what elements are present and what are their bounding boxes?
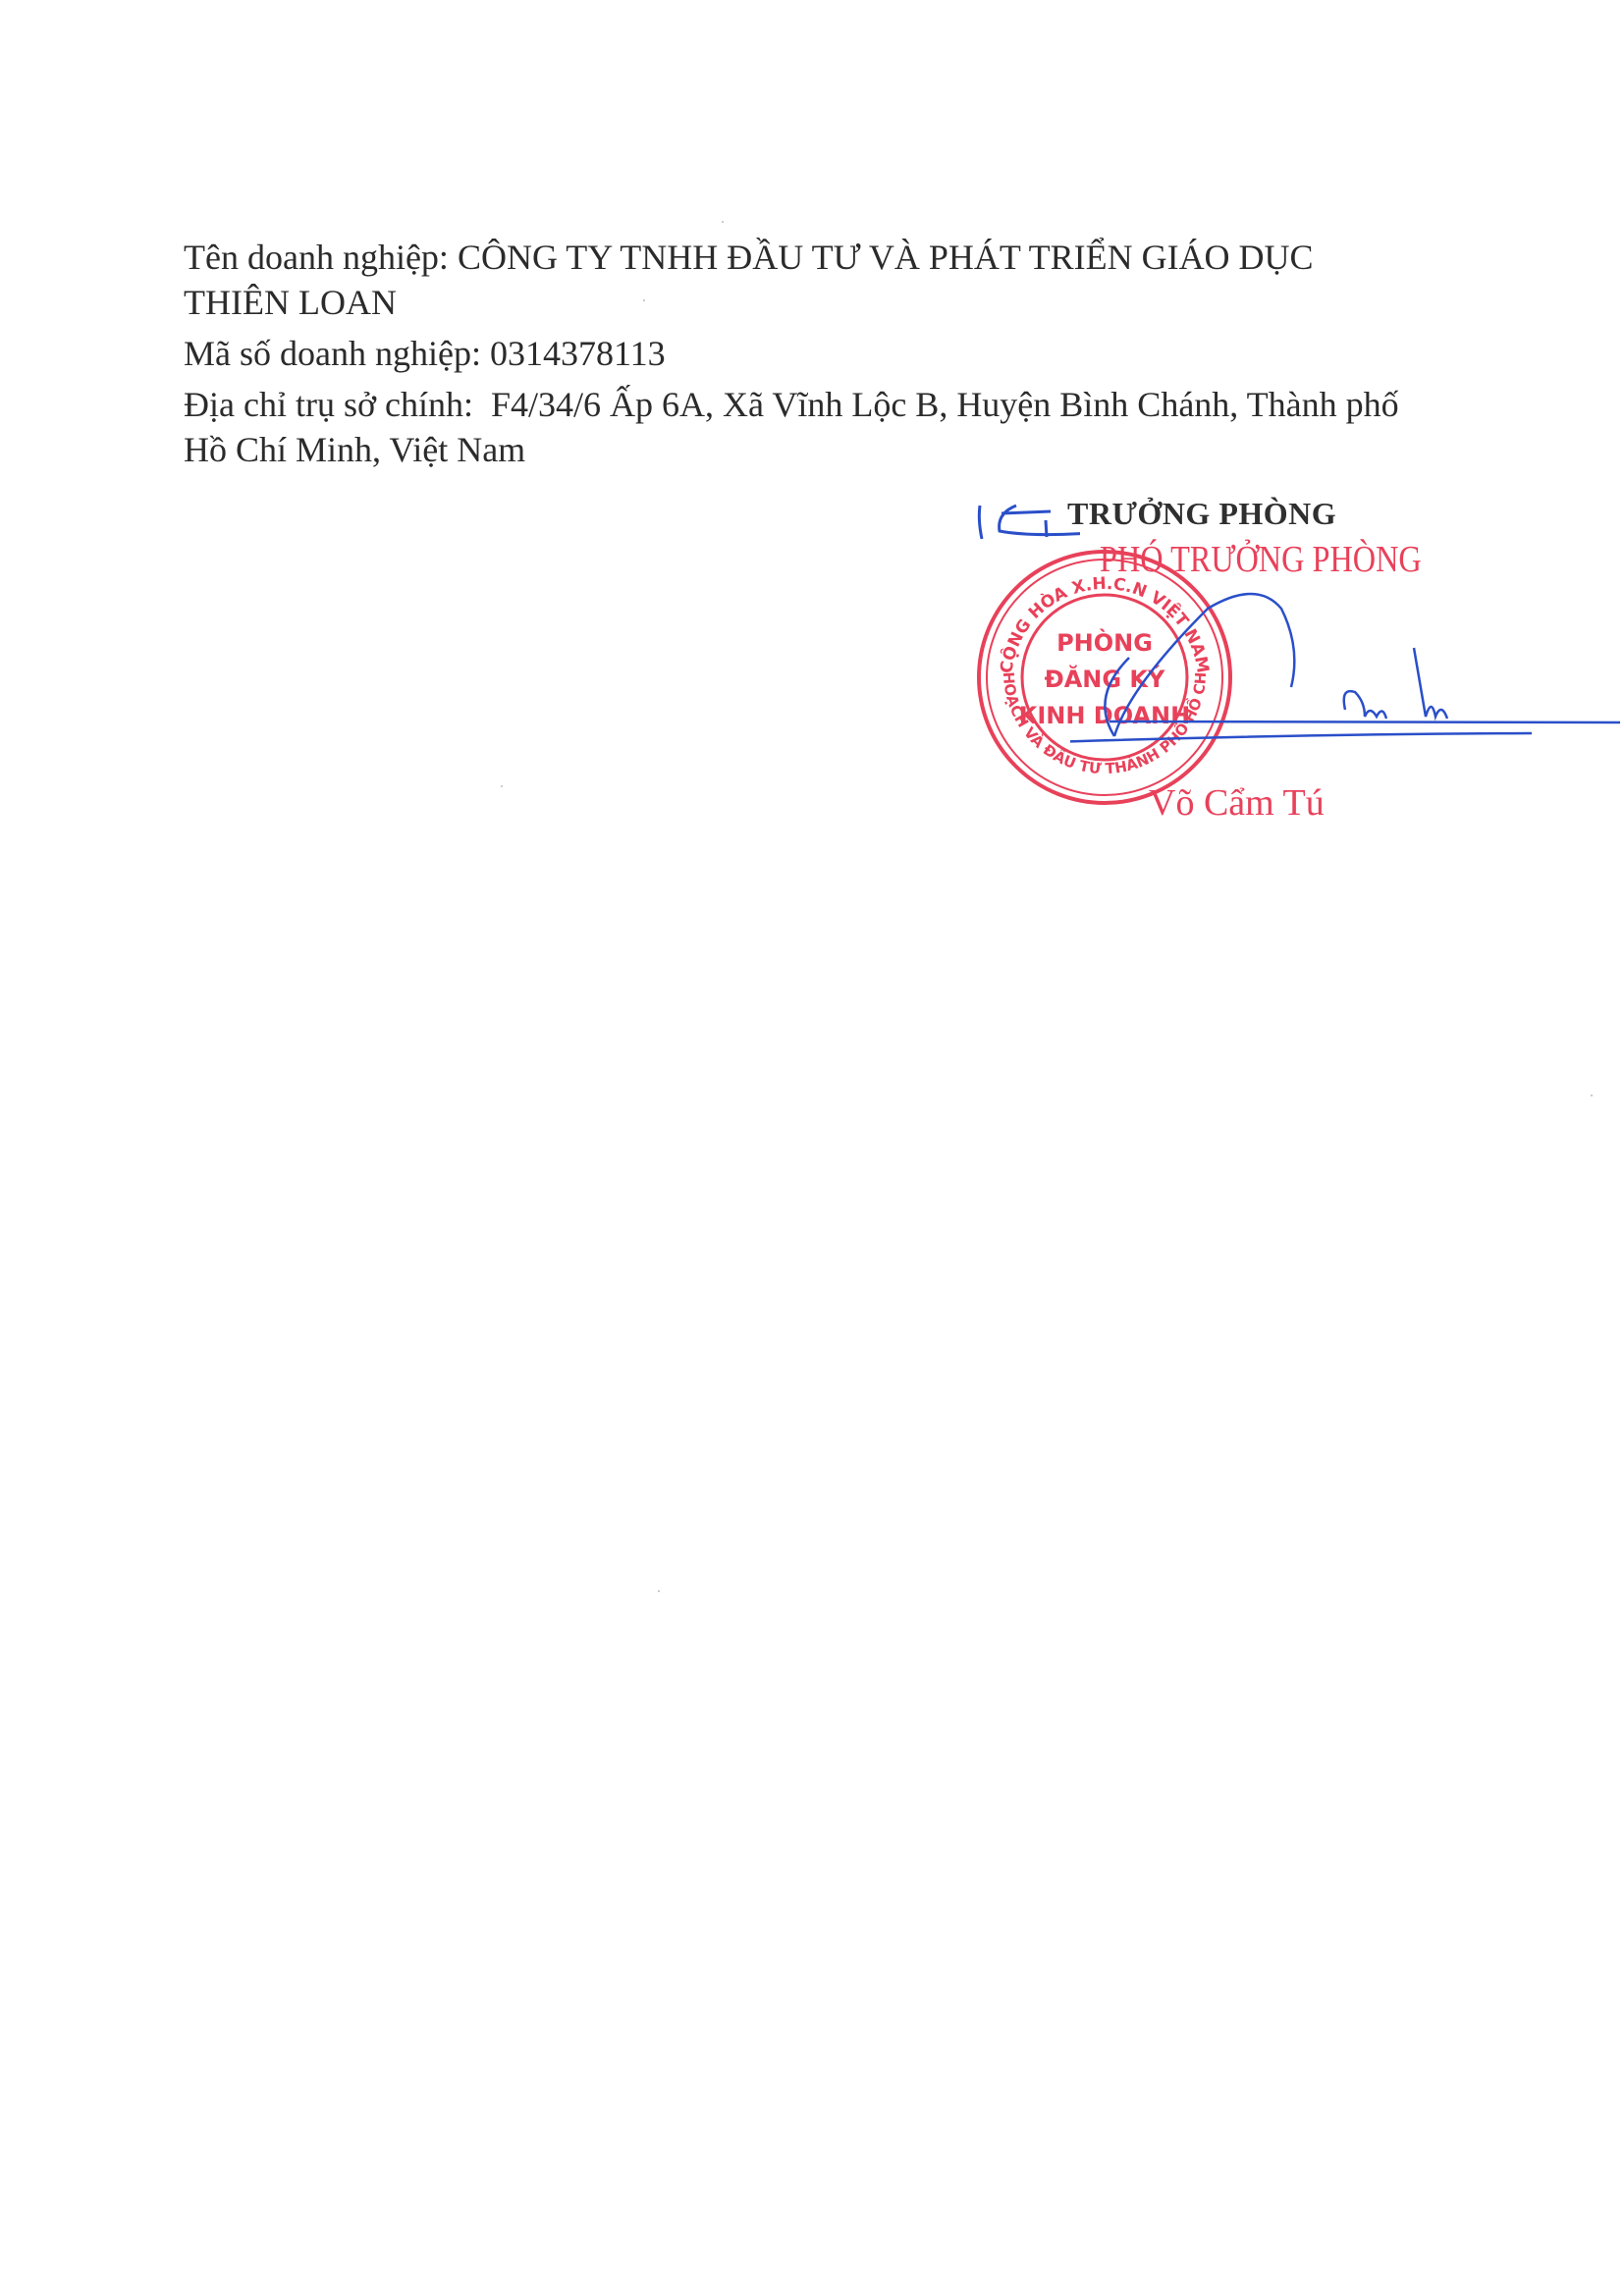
scan-speck [643,299,645,301]
company-name-line-2: THIÊN LOAN [184,281,397,324]
signer-name: Võ Cẩm Tú [1149,781,1325,825]
scan-speck [501,785,503,787]
scan-speck [722,221,724,223]
address-value: F4/34/6 Ấp 6A, Xã Vĩnh Lộc B, Huyện Bình… [491,385,1399,424]
company-name-label: Tên doanh nghiệp: [184,238,449,277]
kt-handwritten-mark [972,496,1080,545]
address-line-2: Hồ Chí Minh, Việt Nam [184,428,525,471]
company-name-value: CÔNG TY TNHH ĐẦU TƯ VÀ PHÁT TRIỂN GIÁO D… [458,238,1314,277]
handwritten-signature [1070,569,1620,766]
scan-speck [1591,1095,1593,1096]
scan-speck [658,1590,660,1592]
address-line-1: Địa chỉ trụ sở chính: F4/34/6 Ấp 6A, Xã … [184,383,1399,426]
company-name-line-1: Tên doanh nghiệp: CÔNG TY TNHH ĐẦU TƯ VÀ… [184,236,1314,279]
tax-code-label: Mã số doanh nghiệp: [184,334,481,373]
tax-code-value: 0314378113 [490,334,666,373]
signature-title: TRƯỞNG PHÒNG [1067,496,1336,532]
address-label: Địa chỉ trụ sở chính: [184,385,473,424]
tax-code-line: Mã số doanh nghiệp: 0314378113 [184,332,666,375]
